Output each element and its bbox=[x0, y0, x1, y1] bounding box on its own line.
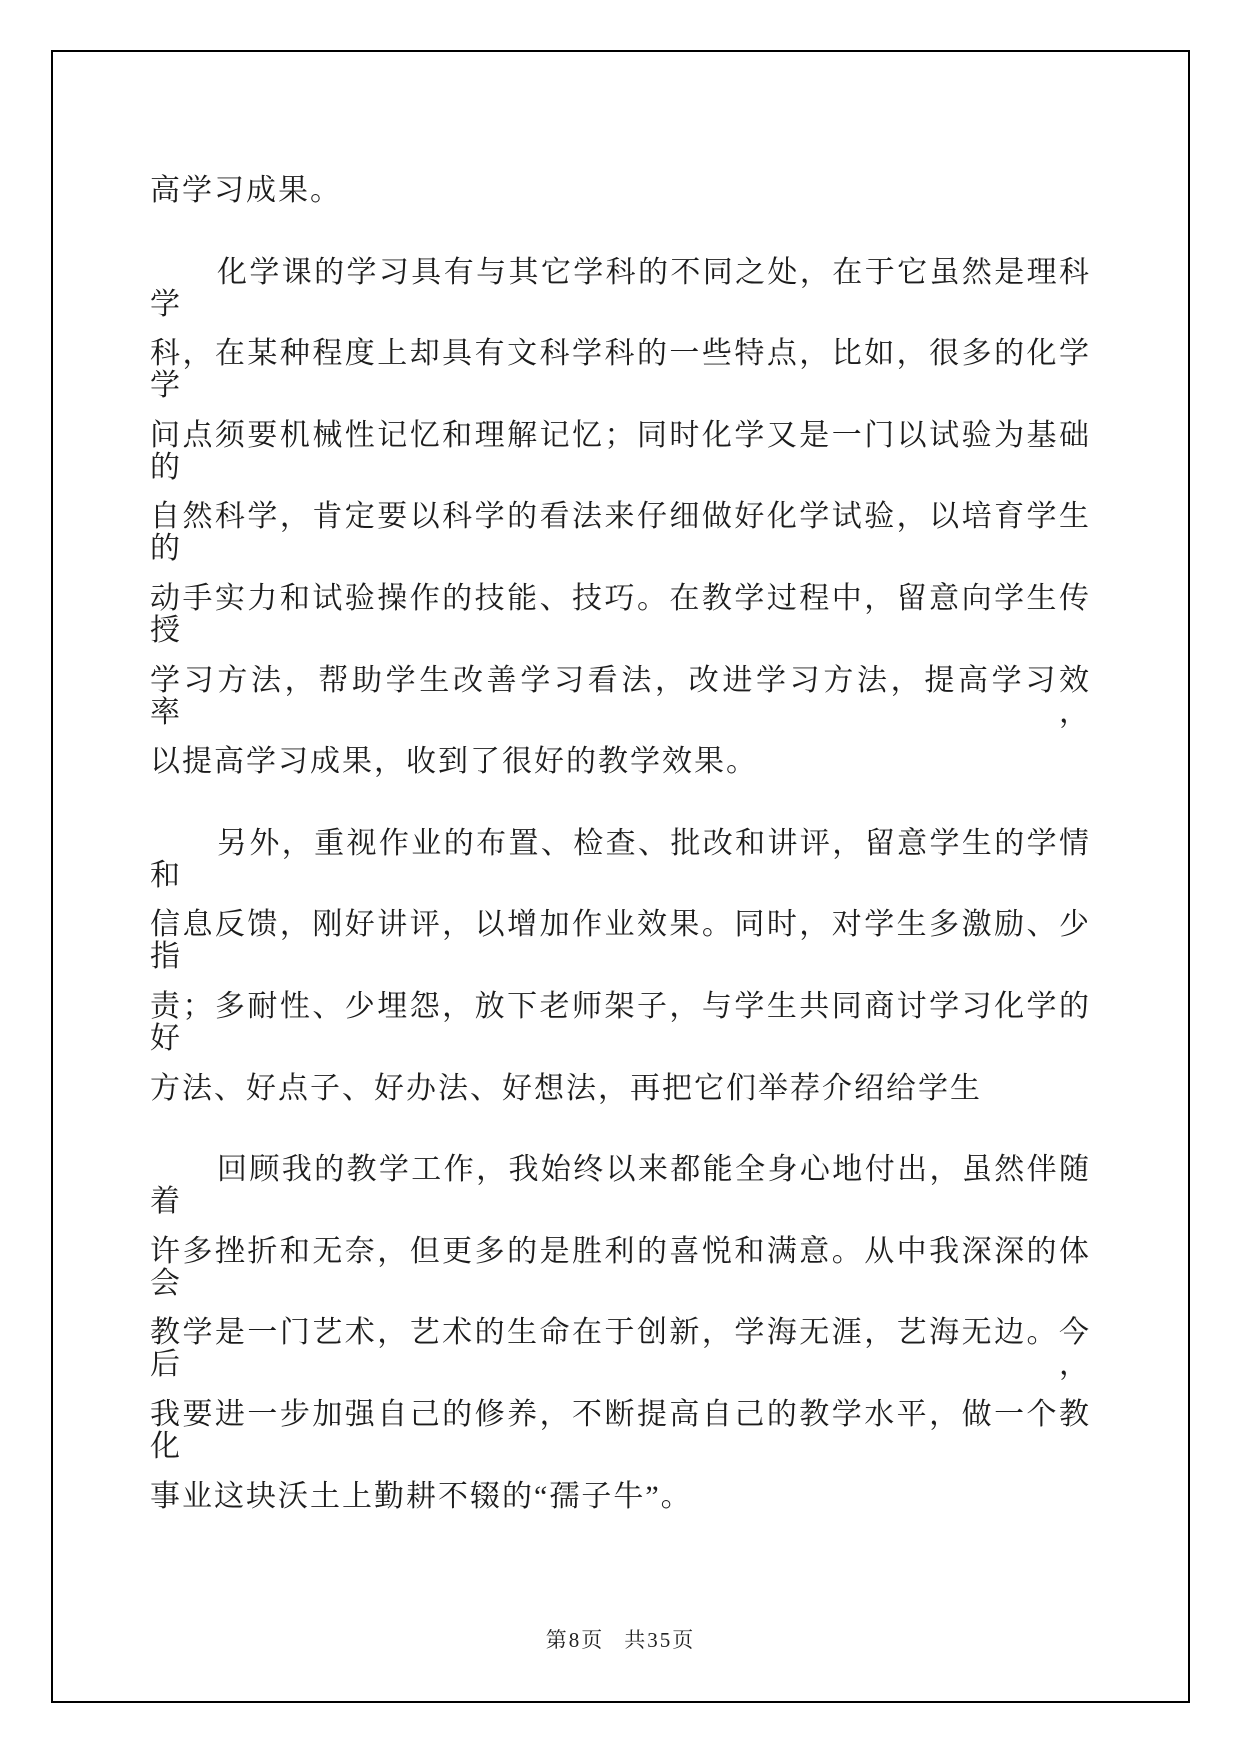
text-line: 化学课的学习具有与其它学科的不同之处，在于它虽然是理科学 bbox=[150, 257, 1091, 321]
text-line: 自然科学，肯定要以科学的看法来仔细做好化学试验，以培育学生的 bbox=[150, 501, 1091, 565]
page-number: 第8页 bbox=[546, 1624, 605, 1654]
text-line: 责；多耐性、少埋怨，放下老师架子，与学生共同商讨学习化学的好 bbox=[150, 991, 1091, 1055]
text-line: 许多挫折和无奈，但更多的是胜利的喜悦和满意。从中我深深的体会 bbox=[150, 1236, 1091, 1300]
text-line: 事业这块沃土上勤耕不辍的“孺子牛”。 bbox=[150, 1481, 1091, 1513]
text-line: 动手实力和试验操作的技能、技巧。在教学过程中，留意向学生传授 bbox=[150, 583, 1091, 647]
text-line: 信息反馈，刚好讲评，以增加作业效果。同时，对学生多激励、少指 bbox=[150, 909, 1091, 973]
text-line: 以提高学习成果，收到了很好的教学效果。 bbox=[150, 746, 1091, 778]
text-line: 教学是一门艺术，艺术的生命在于创新，学海无涯，艺海无边。今后， bbox=[150, 1317, 1091, 1381]
text-line: 回顾我的教学工作，我始终以来都能全身心地付出，虽然伴随着 bbox=[150, 1154, 1091, 1218]
document-body: 高学习成果。化学课的学习具有与其它学科的不同之处，在于它虽然是理科学科，在某种程… bbox=[150, 0, 1091, 1754]
text-line: 科，在某种程度上却具有文科学科的一些特点，比如，很多的化学学 bbox=[150, 338, 1091, 402]
text-line: 学习方法，帮助学生改善学习看法，改进学习方法，提高学习效率， bbox=[150, 665, 1091, 729]
text-line: 高学习成果。 bbox=[150, 175, 1091, 207]
text-line: 我要进一步加强自己的修养，不断提高自己的教学水平，做一个教化 bbox=[150, 1399, 1091, 1463]
text-line: 方法、好点子、好办法、好想法，再把它们举荐介绍给学生 bbox=[150, 1073, 1091, 1105]
page-footer: 第8页 共35页 bbox=[0, 1624, 1241, 1654]
text-line: 问点须要机械性记忆和理解记忆；同时化学又是一门以试验为基础的 bbox=[150, 420, 1091, 484]
text-line: 另外，重视作业的布置、检查、批改和讲评，留意学生的学情和 bbox=[150, 828, 1091, 892]
page-total: 共35页 bbox=[624, 1624, 695, 1654]
